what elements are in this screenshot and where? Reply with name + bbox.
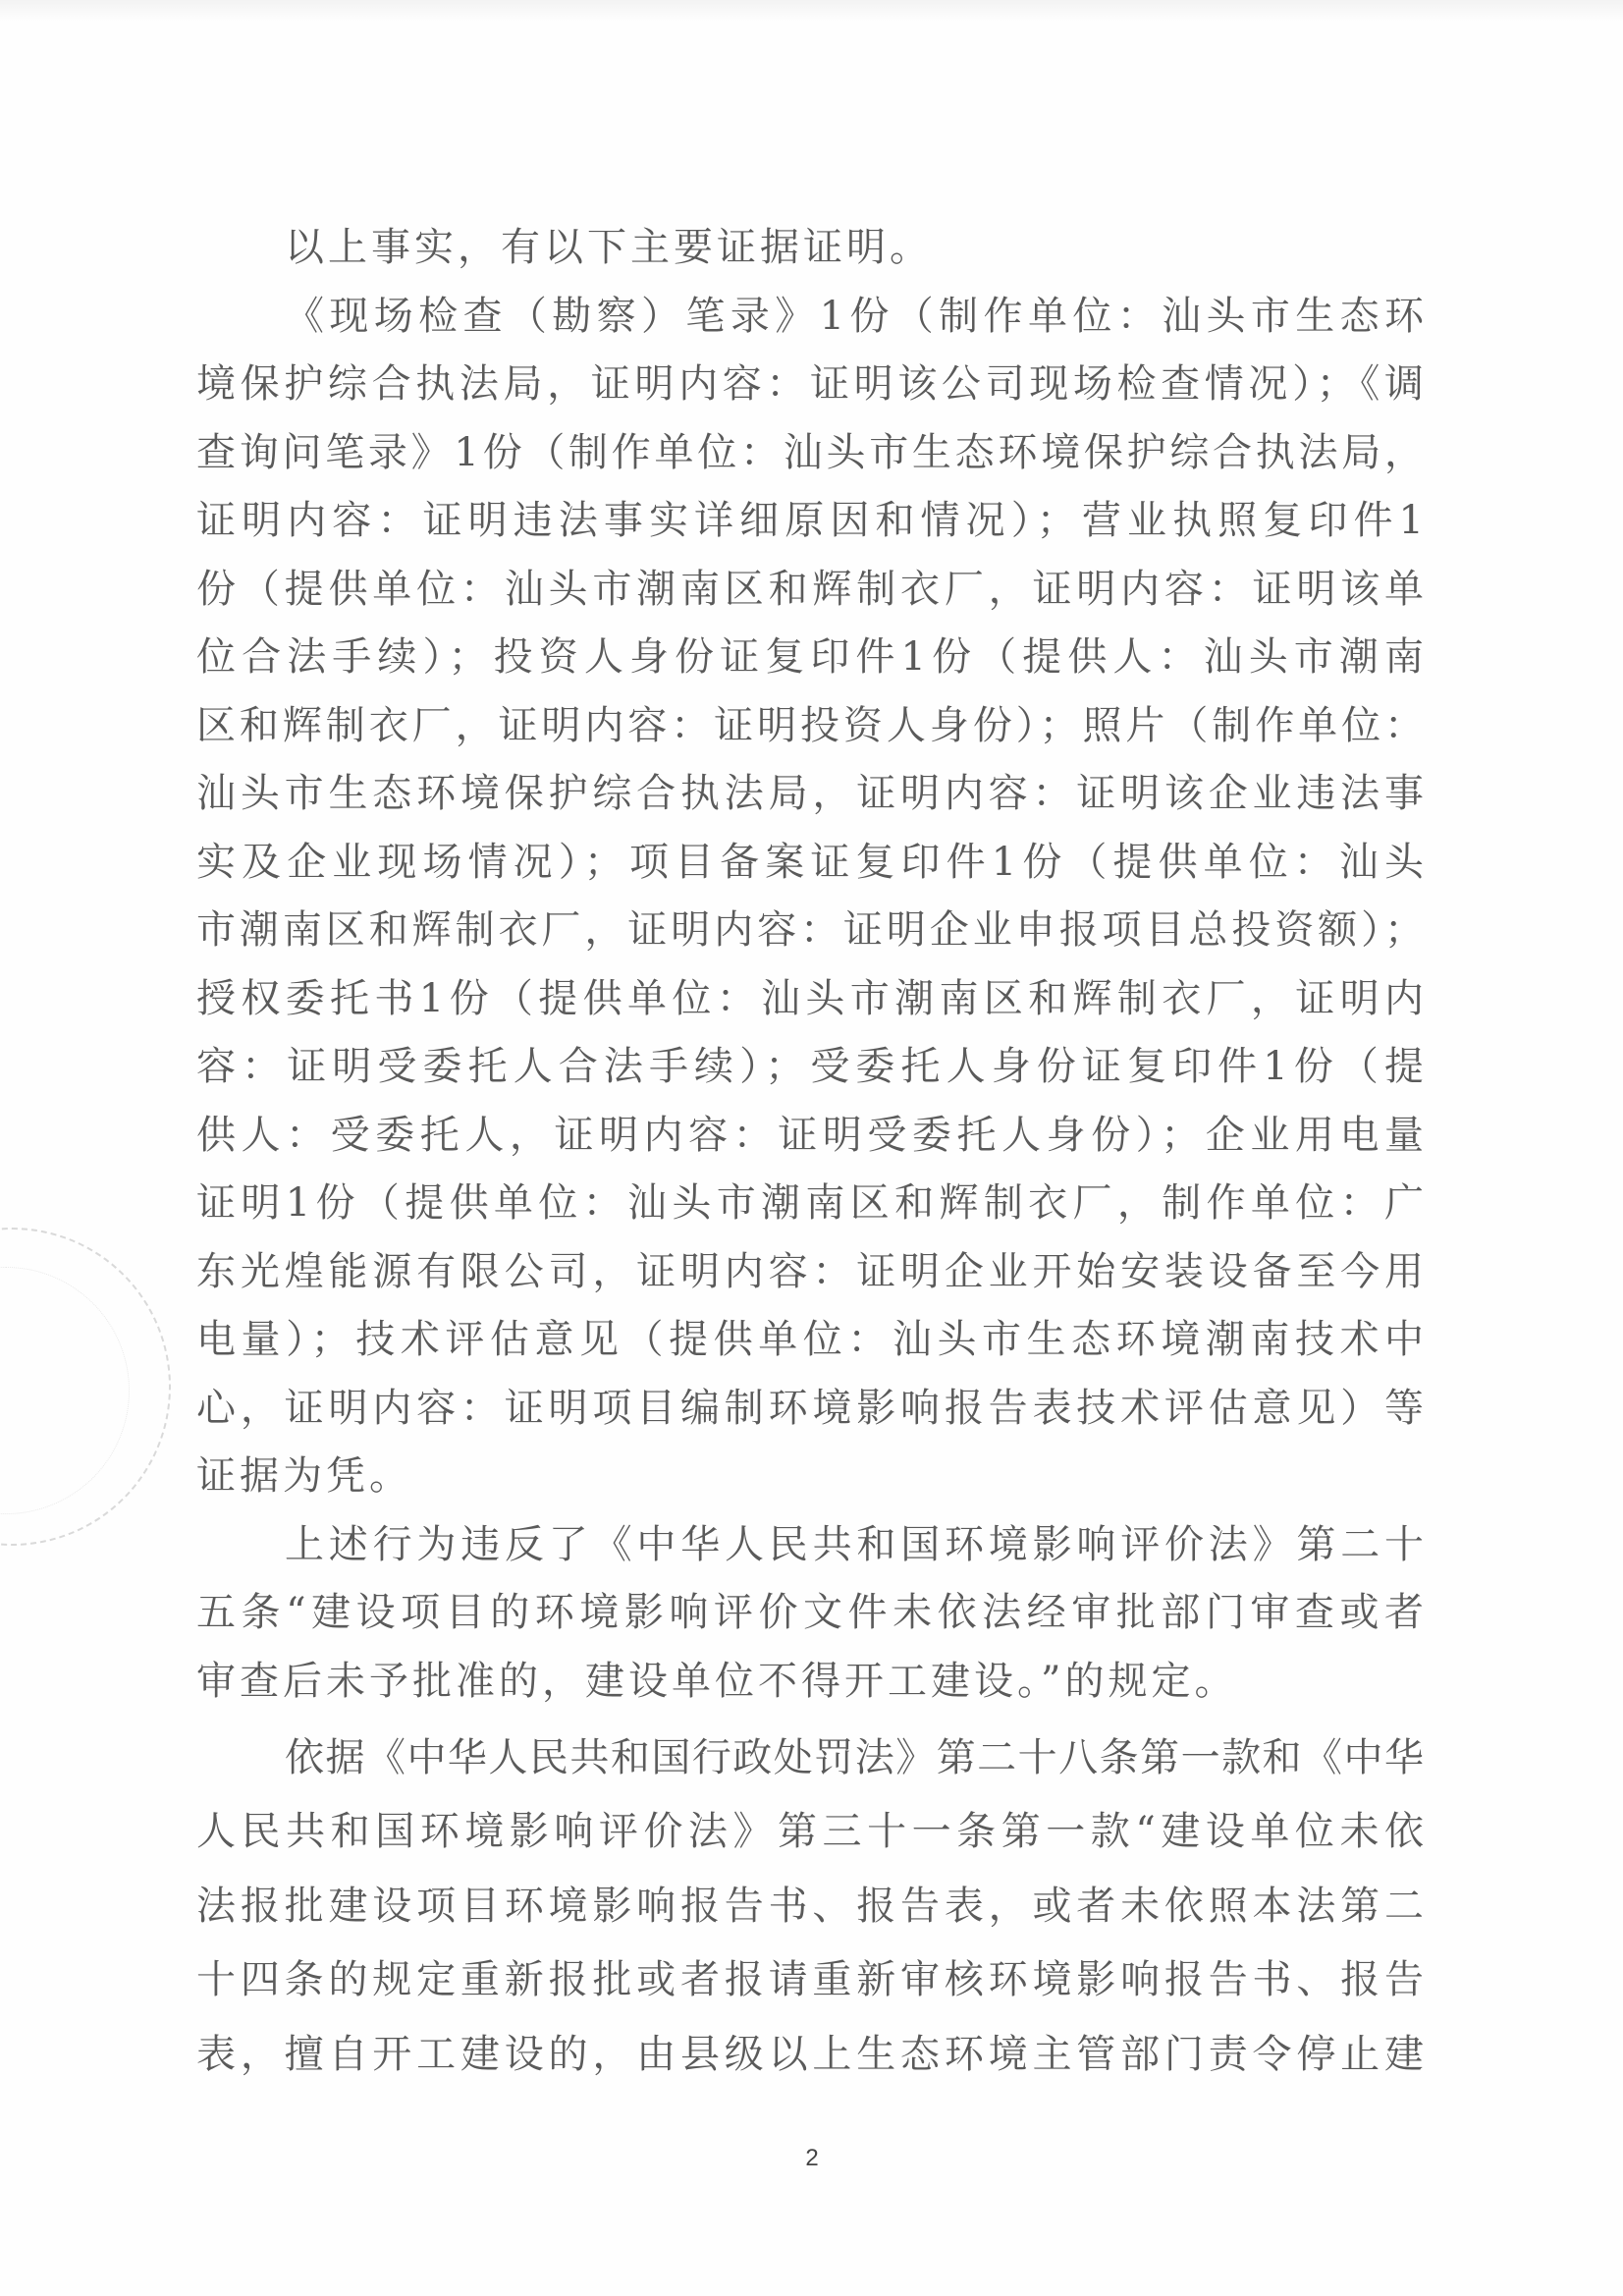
paragraph-evidence-list-line: 容：证明受委托人合法手续）；受委托人身份证复印件1份（提 xyxy=(196,1043,1424,1090)
paragraph-evidence-list-line: 证明1份（提供单位：汕头市潮南区和辉制衣厂，制作单位：广 xyxy=(196,1179,1424,1227)
paragraph-evidence-list-line: 实及企业现场情况）；项目备案证复印件1份（提供单位：汕头 xyxy=(196,839,1424,886)
paragraph-evidence-list-line: 份（提供单位：汕头市潮南区和辉制衣厂，证明内容：证明该单 xyxy=(196,566,1424,613)
paragraph-evidence-intro-line: 以上事实，有以下主要证据证明。 xyxy=(285,224,1424,271)
paragraph-evidence-list-line: 心，证明内容：证明项目编制环境影响报告表技术评估意见）等 xyxy=(196,1385,1424,1432)
paragraph-legal-basis-line: 人民共和国环境影响评价法》第三十一条第一款“建设单位未依 xyxy=(196,1808,1424,1855)
paragraph-evidence-list-line: 境保护综合执法局，证明内容：证明该公司现场检查情况）；《调 xyxy=(196,360,1424,408)
paragraph-violation-line: 审查后未予批准的，建设单位不得开工建设。”的规定。 xyxy=(196,1658,1424,1705)
paragraph-evidence-list-line: 汕头市生态环境保护综合执法局，证明内容：证明该企业违法事 xyxy=(196,770,1424,817)
paragraph-legal-basis-line: 依据《中华人民共和国行政处罚法》第二十八条第一款和《中华 xyxy=(285,1734,1424,1781)
paragraph-evidence-list-line: 供人：受委托人，证明内容：证明受委托人身份）；企业用电量 xyxy=(196,1112,1424,1159)
paragraph-evidence-list-line: 证据为凭。 xyxy=(196,1452,1424,1500)
paragraph-legal-basis-line: 表，擅自开工建设的，由县级以上生态环境主管部门责令停止建 xyxy=(196,2031,1424,2078)
paragraph-evidence-list-line: 区和辉制衣厂，证明内容：证明投资人身份）；照片（制作单位： xyxy=(196,702,1424,749)
paragraph-violation-line: 上述行为违反了《中华人民共和国环境影响评价法》第二十 xyxy=(285,1521,1424,1568)
paragraph-evidence-list-line: 位合法手续）；投资人身份证复印件1份（提供人：汕头市潮南 xyxy=(196,633,1424,681)
page-number: 2 xyxy=(800,2145,824,2172)
paragraph-evidence-list-line: 市潮南区和辉制衣厂，证明内容：证明企业申报项目总投资额）； xyxy=(196,906,1424,954)
paragraph-evidence-list-line: 查询问笔录》1份（制作单位：汕头市生态环境保护综合执法局， xyxy=(196,429,1424,476)
paragraph-evidence-list-line: 授权委托书1份（提供单位：汕头市潮南区和辉制衣厂，证明内 xyxy=(196,975,1424,1022)
paragraph-evidence-list-line: 《现场检查（勘察）笔录》1份（制作单位：汕头市生态环 xyxy=(285,293,1424,340)
paragraph-evidence-list-line: 东光煌能源有限公司，证明内容：证明企业开始安装设备至今用 xyxy=(196,1248,1424,1295)
scan-edge-noise xyxy=(0,0,1623,22)
document-page: 以上事实，有以下主要证据证明。 《现场检查（勘察）笔录》1份（制作单位：汕头市生… xyxy=(0,0,1623,2296)
paragraph-evidence-list-line: 证明内容：证明违法事实详细原因和情况）；营业执照复印件1 xyxy=(196,497,1424,544)
paragraph-evidence-list-line: 电量）；技术评估意见（提供单位：汕头市生态环境潮南技术中 xyxy=(196,1316,1424,1363)
paragraph-legal-basis-line: 法报批建设项目环境影响报告书、报告表，或者未依照本法第二 xyxy=(196,1883,1424,1930)
paragraph-legal-basis-line: 十四条的规定重新报批或者报请重新审核环境影响报告书、报告 xyxy=(196,1956,1424,2003)
paragraph-violation-line: 五条“建设项目的环境影响评价文件未依法经审批部门审查或者 xyxy=(196,1589,1424,1636)
